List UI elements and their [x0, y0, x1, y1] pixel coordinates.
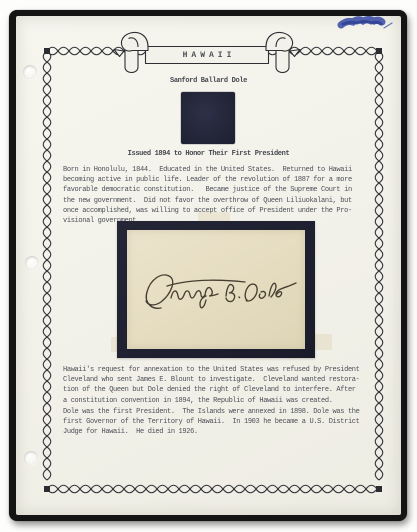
album-page: HAWAII Sanford Ballard Dole Issued 1894 …: [16, 16, 401, 515]
annexation-paragraph: Hawaii's request for annexation to the U…: [63, 365, 360, 406]
border-chain-bottom: [47, 485, 379, 493]
page-title-hawaii: HAWAII: [112, 51, 302, 63]
signature-autograph: [131, 252, 301, 332]
border-corner: [376, 486, 382, 492]
border-chain-left: [43, 51, 51, 489]
subject-name: Sanford Ballard Dole: [16, 76, 401, 86]
scanned-photo: HAWAII Sanford Ballard Dole Issued 1894 …: [0, 0, 417, 532]
presidency-paragraph: Dole was the first President. The Island…: [63, 407, 360, 438]
blue-pen-mark: [336, 16, 394, 32]
border-chain-right: [375, 51, 383, 489]
border-corner: [44, 486, 50, 492]
photo-frame: HAWAII Sanford Ballard Dole Issued 1894 …: [9, 10, 407, 521]
stamp-caption: Issued 1894 to Honor Their First Preside…: [16, 149, 401, 159]
signature-card: [127, 230, 305, 349]
border-corner: [44, 48, 50, 54]
border-corner: [376, 48, 382, 54]
hole-punch-bottom: [24, 451, 38, 465]
stamp-image: [181, 92, 235, 144]
hole-punch-middle: [25, 256, 39, 270]
signature-mat: [117, 221, 315, 358]
